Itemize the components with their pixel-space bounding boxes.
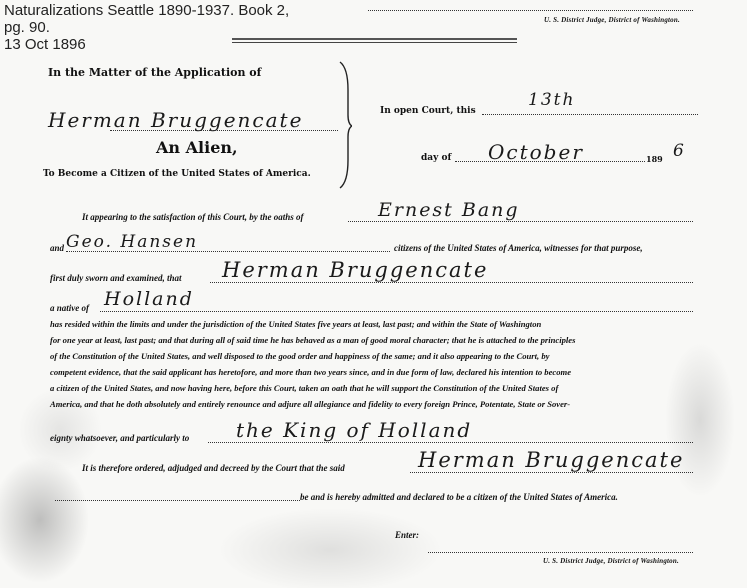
previous-judge-title: U. S. District Judge, District of Washin… xyxy=(544,16,680,24)
matter-of-heading: In the Matter of the Application of xyxy=(48,66,261,79)
brace-divider xyxy=(338,60,352,190)
day-of-label: day of xyxy=(421,153,451,163)
day-value-handwritten: 13th xyxy=(528,90,575,110)
paragraph-line-1: has resided within the limits and under … xyxy=(50,319,541,329)
applicant-name-body-handwritten: Herman Bruggencate xyxy=(222,258,488,282)
year-prefix: 189 xyxy=(646,154,663,164)
applicant-name-line xyxy=(110,130,338,131)
judge-title: U. S. District Judge, District of Washin… xyxy=(543,557,679,565)
native-country-handwritten: Holland xyxy=(104,288,194,310)
sovereignty-label: eignty whatsoever, and particularly to xyxy=(50,433,189,443)
caption-page: pg. 90. xyxy=(4,19,289,36)
naturalization-record-scan: Naturalizations Seattle 1890-1937. Book … xyxy=(0,0,747,588)
and-label: and xyxy=(50,243,64,253)
ordered-name-line xyxy=(410,472,693,473)
witness2-handwritten: Geo. Hansen xyxy=(66,232,198,252)
native-country-line xyxy=(100,311,693,312)
previous-judge-signature-line xyxy=(368,10,693,11)
caption-source: Naturalizations Seattle 1890-1937. Book … xyxy=(4,2,289,19)
open-court-label: In open Court, this xyxy=(380,106,476,116)
sworn-examined-text: first duly sworn and examined, that xyxy=(50,273,182,283)
day-line xyxy=(482,114,698,115)
ordered-name-handwritten: Herman Bruggencate xyxy=(418,448,684,472)
sovereign-line xyxy=(208,442,693,443)
citizens-witnesses-text: citizens of the United States of America… xyxy=(394,243,643,253)
sovereign-handwritten: the King of Holland xyxy=(236,418,472,442)
an-alien-heading: An Alien, xyxy=(156,138,238,157)
witness1-line xyxy=(348,221,693,222)
paragraph-line-6: America, and that he doth absolutely and… xyxy=(50,399,570,409)
to-become-citizen-heading: To Become a Citizen of the United States… xyxy=(43,169,311,179)
year-value-handwritten: 6 xyxy=(673,141,686,161)
applicant-name-body-line xyxy=(210,282,693,283)
enter-label: Enter: xyxy=(395,530,419,540)
witness2-line xyxy=(66,251,390,252)
witness1-handwritten: Ernest Bang xyxy=(378,199,520,221)
native-of-label: a native of xyxy=(50,303,89,313)
separator-rule-2 xyxy=(232,42,517,43)
judge-signature-line xyxy=(428,552,693,553)
paragraph-line-4: competent evidence, that the said applic… xyxy=(50,367,571,377)
paragraph-line-2: for one year at least, last past; and th… xyxy=(50,335,575,345)
ordered-decreed-text: It is therefore ordered, adjudged and de… xyxy=(82,463,345,473)
oaths-intro-text: It appearing to the satisfaction of this… xyxy=(82,212,304,222)
admitted-name-line xyxy=(55,500,300,501)
month-line xyxy=(455,161,645,162)
applicant-name-handwritten: Herman Bruggencate xyxy=(48,108,303,132)
separator-rule xyxy=(232,38,517,40)
paragraph-line-3: of the Constitution of the United States… xyxy=(50,351,549,361)
record-caption: Naturalizations Seattle 1890-1937. Book … xyxy=(4,2,289,53)
paragraph-line-5: a citizen of the United States, and now … xyxy=(50,383,558,393)
admitted-declared-text: be and is hereby admitted and declared t… xyxy=(300,492,618,502)
